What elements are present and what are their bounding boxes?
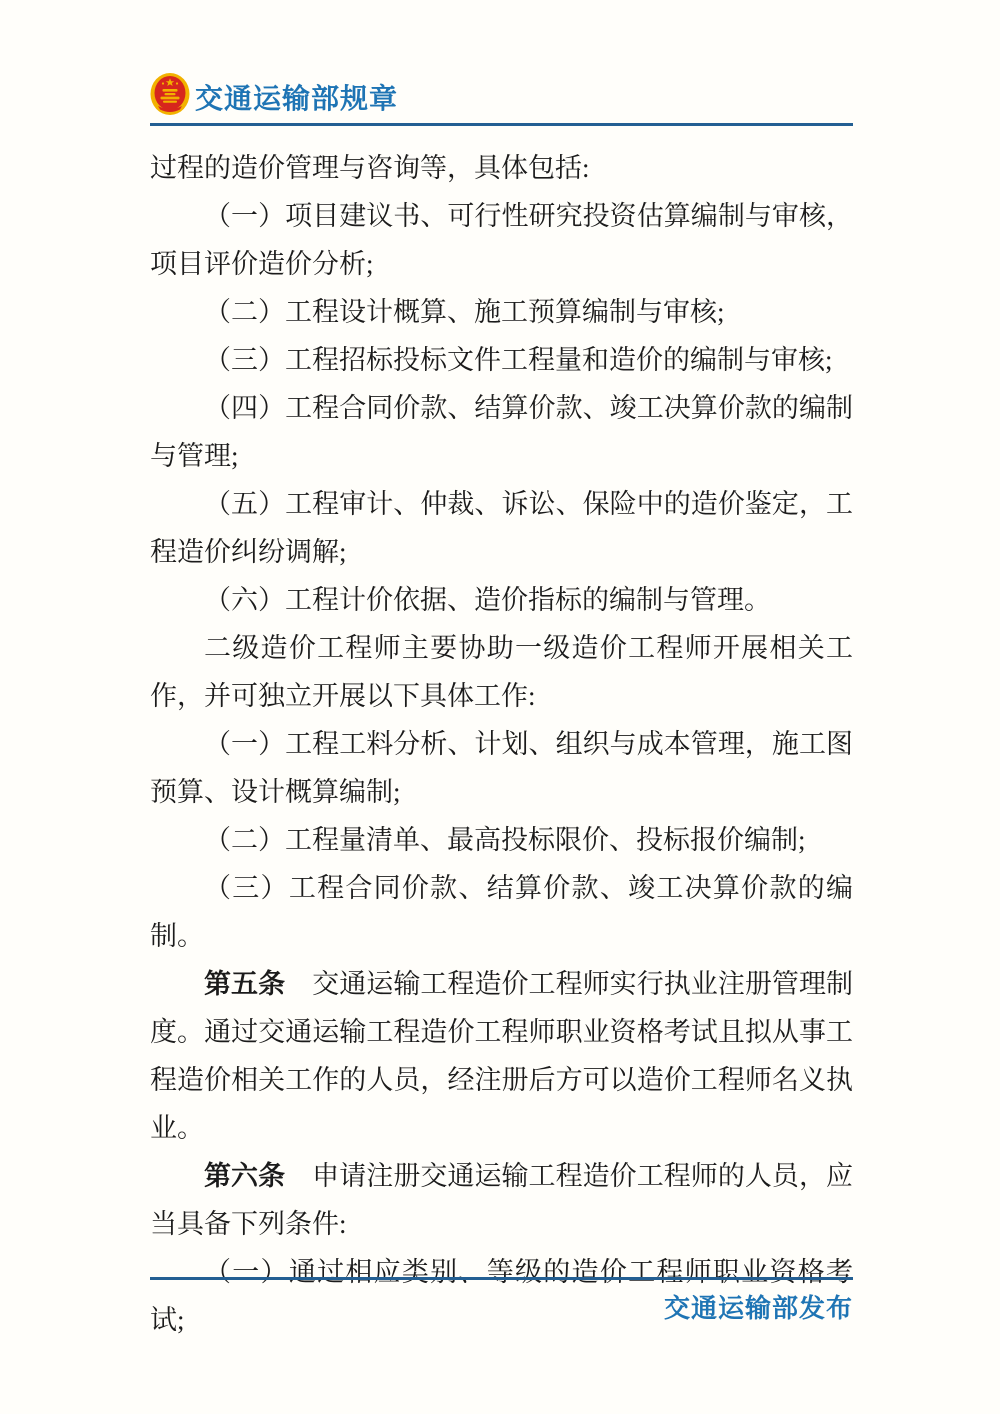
- paragraph: （二）工程设计概算、施工预算编制与审核;: [150, 288, 853, 336]
- paragraph: 第六条 申请注册交通运输工程造价工程师的人员，应当具备下列条件:: [150, 1152, 853, 1248]
- document-page: 交通运输部规章 过程的造价管理与咨询等，具体包括:（一）项目建议书、可行性研究投…: [0, 0, 1000, 1414]
- paragraph: （三）工程合同价款、结算价款、竣工决算价款的编制。: [150, 864, 853, 960]
- text-run: （五）工程审计、仲裁、诉讼、保险中的造价鉴定，工程造价纠纷调解;: [150, 489, 853, 567]
- text-run: 过程的造价管理与咨询等，具体包括:: [150, 153, 590, 183]
- text-run: （六）工程计价依据、造价指标的编制与管理。: [204, 585, 771, 615]
- text-run: （二）工程量清单、最高投标限价、投标报价编制;: [204, 825, 806, 855]
- text-run: （一）工程工料分析、计划、组织与成本管理，施工图预算、设计概算编制;: [150, 729, 853, 807]
- paragraph: （四）工程合同价款、结算价款、竣工决算价款的编制与管理;: [150, 384, 853, 480]
- document-footer: 交通运输部发布: [150, 1277, 853, 1325]
- paragraph: （五）工程审计、仲裁、诉讼、保险中的造价鉴定，工程造价纠纷调解;: [150, 480, 853, 576]
- paragraph: 过程的造价管理与咨询等，具体包括:: [150, 144, 853, 192]
- text-run: （一）项目建议书、可行性研究投资估算编制与审核，项目评价造价分析;: [150, 201, 853, 279]
- text-run: （三）工程合同价款、结算价款、竣工决算价款的编制。: [150, 873, 853, 951]
- national-emblem-icon: [150, 72, 190, 116]
- text-run: （二）工程设计概算、施工预算编制与审核;: [204, 297, 725, 327]
- article-number: 第五条: [204, 969, 285, 999]
- document-header: 交通运输部规章: [150, 72, 853, 126]
- document-body: 过程的造价管理与咨询等，具体包括:（一）项目建议书、可行性研究投资估算编制与审核…: [150, 144, 853, 1344]
- paragraph: 第五条 交通运输工程造价工程师实行执业注册管理制度。通过交通运输工程造价工程师职…: [150, 960, 853, 1152]
- paragraph: （一）项目建议书、可行性研究投资估算编制与审核，项目评价造价分析;: [150, 192, 853, 288]
- text-run: 二级造价工程师主要协助一级造价工程师开展相关工作，并可独立开展以下具体工作:: [150, 633, 853, 711]
- paragraph: （六）工程计价依据、造价指标的编制与管理。: [150, 576, 853, 624]
- paragraph: （一）工程工料分析、计划、组织与成本管理，施工图预算、设计概算编制;: [150, 720, 853, 816]
- text-run: （四）工程合同价款、结算价款、竣工决算价款的编制与管理;: [150, 393, 853, 471]
- article-number: 第六条: [204, 1161, 285, 1191]
- paragraph: （三）工程招标投标文件工程量和造价的编制与审核;: [150, 336, 853, 384]
- publisher-label: 交通运输部发布: [664, 1288, 853, 1325]
- text-run: （三）工程招标投标文件工程量和造价的编制与审核;: [204, 345, 833, 375]
- paragraph: 二级造价工程师主要协助一级造价工程师开展相关工作，并可独立开展以下具体工作:: [150, 624, 853, 720]
- document-type-title: 交通运输部规章: [195, 75, 398, 113]
- paragraph: （二）工程量清单、最高投标限价、投标报价编制;: [150, 816, 853, 864]
